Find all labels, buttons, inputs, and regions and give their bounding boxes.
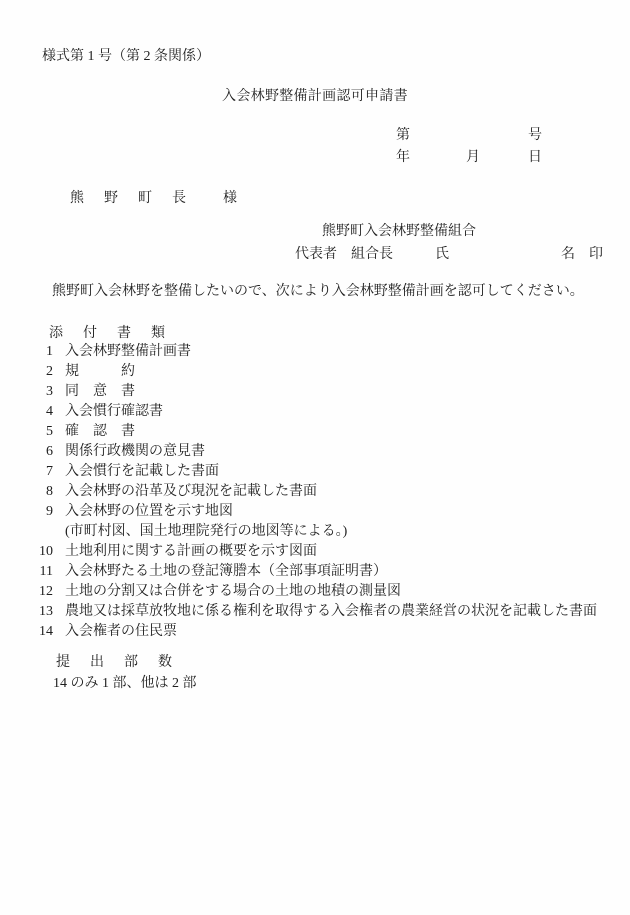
document-title: 入会林野整備計画認可申請書 [0, 87, 630, 107]
applicant-representative: 代表者 組合長 氏 名 印 [295, 245, 603, 265]
attachments-heading: 添 付 書 類 [49, 324, 168, 344]
document-page: 様式第 1 号（第 2 条関係） 入会林野整備計画認可申請書 第 号 年 月 日… [0, 0, 630, 915]
attachment-item: 5 確 認 書 [22, 422, 597, 442]
attachment-item-number: 8 [22, 482, 53, 502]
attachment-item-text: 土地の分割又は合併をする場合の土地の地積の測量図 [65, 582, 401, 602]
attachment-item-number: 5 [22, 422, 53, 442]
attachment-item: 7 入会慣行を記載した書面 [22, 462, 597, 482]
request-body-text: 熊野町入会林野を整備したいので、次により入会林野整備計画を認可してください。 [52, 282, 584, 302]
document-number-suffix: 号 [528, 126, 542, 146]
attachment-item-text: 確 認 書 [65, 422, 135, 442]
attachment-item-number: 6 [22, 442, 53, 462]
attachment-item-text: 入会林野整備計画書 [65, 342, 191, 362]
attachment-item-text: 入会慣行を記載した書面 [65, 462, 219, 482]
attachment-item: 10 土地利用に関する計画の概要を示す図面 [22, 542, 597, 562]
attachment-item-number [22, 522, 53, 542]
attachment-item-text: 入会慣行確認書 [65, 402, 163, 422]
attachment-item-text: 入会林野たる土地の登記簿謄本（全部事項証明書） [65, 562, 387, 582]
attachment-item-number: 2 [22, 362, 53, 382]
attachment-item-number: 14 [22, 622, 53, 642]
attachments-list: 1 入会林野整備計画書 2 規 約 3 同 意 書 4 入会慣行確認書 5 確 … [22, 342, 597, 642]
submission-heading: 提 出 部 数 [56, 653, 175, 673]
addressee-line: 熊 野 町 長 様 [70, 189, 240, 209]
attachment-item: 3 同 意 書 [22, 382, 597, 402]
attachment-item: 14 入会権者の住民票 [22, 622, 597, 642]
attachment-item-number: 12 [22, 582, 53, 602]
date-month-label: 月 [466, 148, 480, 168]
attachment-item: 13 農地又は採草放牧地に係る権利を取得する入会権者の農業経営の状況を記載した書… [22, 602, 597, 622]
attachment-item-text: 農地又は採草放牧地に係る権利を取得する入会権者の農業経営の状況を記載した書面 [65, 602, 597, 622]
attachment-item-number: 7 [22, 462, 53, 482]
attachment-item-number: 10 [22, 542, 53, 562]
attachment-item-text: 入会林野の沿革及び現況を記載した書面 [65, 482, 317, 502]
attachment-item-note: (市町村図、国土地理院発行の地図等による。) [22, 522, 597, 542]
attachment-item: 4 入会慣行確認書 [22, 402, 597, 422]
attachment-item-number: 11 [22, 562, 53, 582]
document-number-prefix: 第 [396, 126, 410, 146]
attachment-item: 12 土地の分割又は合併をする場合の土地の地積の測量図 [22, 582, 597, 602]
attachment-item-number: 4 [22, 402, 53, 422]
applicant-organization: 熊野町入会林野整備組合 [322, 222, 476, 242]
attachment-item-number: 1 [22, 342, 53, 362]
attachment-item-text: 規 約 [65, 362, 135, 382]
attachment-item-text: (市町村図、国土地理院発行の地図等による。) [65, 522, 347, 542]
attachment-item-number: 9 [22, 502, 53, 522]
submission-note: 14 のみ 1 部、他は 2 部 [53, 674, 197, 694]
attachment-item-text: 入会林野の位置を示す地図 [65, 502, 233, 522]
attachment-item: 8 入会林野の沿革及び現況を記載した書面 [22, 482, 597, 502]
attachment-item-number: 3 [22, 382, 53, 402]
attachment-item-number: 13 [22, 602, 53, 622]
attachment-item: 6 関係行政機関の意見書 [22, 442, 597, 462]
date-day-label: 日 [528, 148, 542, 168]
attachment-item: 2 規 約 [22, 362, 597, 382]
attachment-item-text: 関係行政機関の意見書 [65, 442, 205, 462]
form-number: 様式第 1 号（第 2 条関係） [42, 47, 210, 67]
attachment-item: 1 入会林野整備計画書 [22, 342, 597, 362]
attachment-item-text: 入会権者の住民票 [65, 622, 177, 642]
attachment-item: 11 入会林野たる土地の登記簿謄本（全部事項証明書） [22, 562, 597, 582]
attachment-item: 9 入会林野の位置を示す地図 [22, 502, 597, 522]
attachment-item-text: 土地利用に関する計画の概要を示す図面 [65, 542, 317, 562]
date-year-label: 年 [396, 148, 410, 168]
attachment-item-text: 同 意 書 [65, 382, 135, 402]
